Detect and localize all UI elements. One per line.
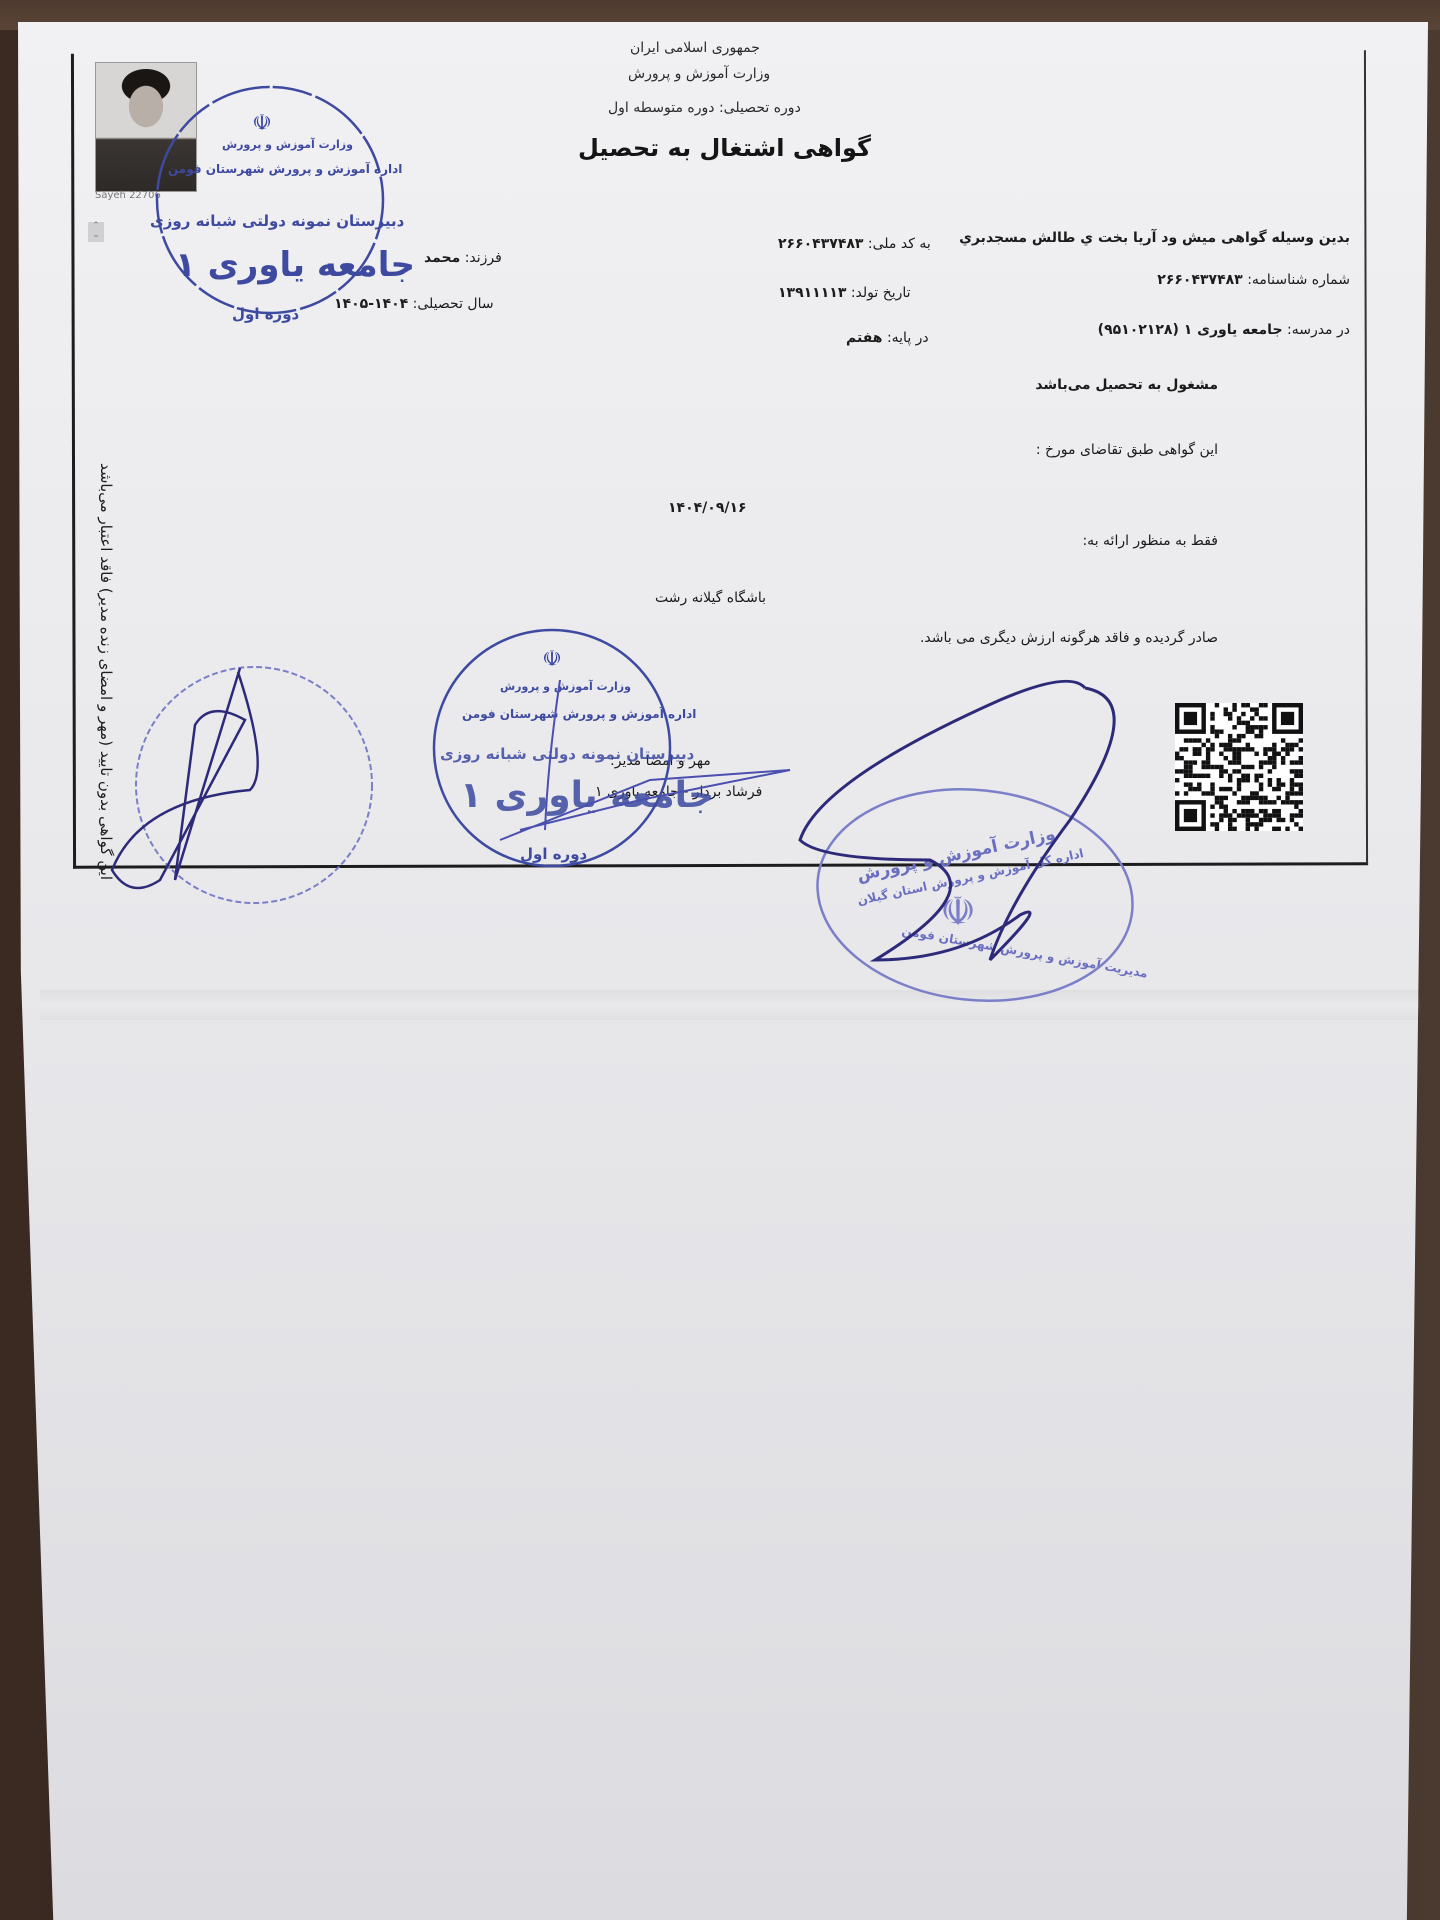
- paper-fold: [40, 990, 1420, 1020]
- school-value: جامعه یاوری ۱ (۹۵۱۰۲۱۲۸): [1098, 322, 1283, 338]
- stamp2-line5: دوره اول: [520, 845, 587, 863]
- national-code-label: به کد ملی:: [868, 236, 931, 252]
- stamp1-line2: اداره آموزش و پرورش شهرستان فومن: [168, 162, 402, 176]
- stamp2-line2: اداره آموزش و پرورش شهرستان فومن: [462, 707, 696, 721]
- id-number-label: شماره شناسنامه:: [1247, 272, 1350, 288]
- stamp1-line5: دوره اول: [232, 305, 299, 323]
- status-line: مشغول به تحصیل می‌باشد: [1035, 377, 1218, 393]
- recipient: باشگاه گیلانه رشت: [655, 590, 766, 606]
- qr-code-icon[interactable]: [1175, 703, 1303, 831]
- intro-text: بدین وسیله گواهی میش ود آریا بخت ي طالش …: [959, 230, 1350, 246]
- stamp2-line4: جامعه یاوری ۱: [460, 775, 714, 816]
- id-number-value: ۲۶۶۰۴۳۷۴۸۳: [1157, 272, 1242, 288]
- school-row: در مدرسه: جامعه یاوری ۱ (۹۵۱۰۲۱۲۸): [1098, 322, 1350, 338]
- father-label: فرزند:: [465, 250, 502, 266]
- academic-year-label: سال تحصیلی:: [413, 296, 494, 312]
- country-heading: جمهوری اسلامی ایران: [630, 40, 760, 56]
- birth-date-row: تاریخ تولد: ۱۳۹۱۱۱۱۳: [778, 285, 911, 301]
- stamp1-line1: وزارت آموزش و پرورش: [222, 138, 353, 151]
- purpose-line: فقط به منظور ارائه به:: [1082, 533, 1218, 549]
- grade-row: در پایه: هفتم: [846, 330, 929, 346]
- birth-date-label: تاریخ تولد:: [851, 285, 911, 301]
- intro-line: بدین وسیله گواهی میش ود آریا بخت ي طالش …: [959, 230, 1350, 246]
- school-label: در مدرسه:: [1287, 322, 1350, 338]
- request-date: ۱۴۰۴/۰۹/۱۶: [668, 500, 747, 516]
- chevron-down-icon: ⌄: [92, 230, 100, 240]
- photo-caption: Sayeh 22706: [95, 190, 161, 201]
- course-label: دوره تحصیلی: دوره متوسطه اول: [608, 100, 801, 116]
- national-code-value: ۲۶۶۰۴۳۷۴۸۳: [778, 236, 863, 252]
- certificate-title: گواهی اشتغال به تحصیل: [578, 134, 871, 162]
- stepper-control[interactable]: ⌃⌄: [88, 222, 104, 242]
- request-line: این گواهی طبق تقاضای مورخ :: [1036, 442, 1218, 458]
- academic-year-row: سال تحصیلی: ۱۴۰۴-۱۴۰۵: [334, 296, 494, 312]
- father-row: فرزند: محمد: [424, 250, 502, 266]
- grade-label: در پایه:: [887, 330, 929, 346]
- ministry-heading: وزارت آموزش و پرورش: [628, 66, 770, 82]
- academic-year-value: ۱۴۰۴-۱۴۰۵: [334, 296, 408, 312]
- father-value: محمد: [424, 250, 460, 266]
- birth-date-value: ۱۳۹۱۱۱۱۳: [778, 285, 846, 301]
- validity-note: این گواهی بدون تایید (مهر و امضای زنده م…: [97, 340, 115, 880]
- status-text: مشغول به تحصیل می‌باشد: [1035, 377, 1218, 393]
- stamp1-line3: دبیرستان نمونه دولتی شبانه روزی: [150, 212, 404, 230]
- request-date-value: ۱۴۰۴/۰۹/۱۶: [668, 500, 747, 516]
- stamp2-line1: وزارت آموزش و پرورش: [500, 680, 631, 693]
- closing-line: صادر گردیده و فاقد هرگونه ارزش دیگری می …: [920, 630, 1218, 646]
- grade-value: هفتم: [846, 330, 882, 346]
- stamp1-line4: جامعه یاوری ۱: [175, 245, 415, 285]
- id-number-row: شماره شناسنامه: ۲۶۶۰۴۳۷۴۸۳: [1157, 272, 1350, 288]
- stamp2-line3: دبیرستان نمونه دولتی شبانه روزی: [440, 745, 694, 763]
- national-code-row: به کد ملی: ۲۶۶۰۴۳۷۴۸۳: [778, 236, 931, 252]
